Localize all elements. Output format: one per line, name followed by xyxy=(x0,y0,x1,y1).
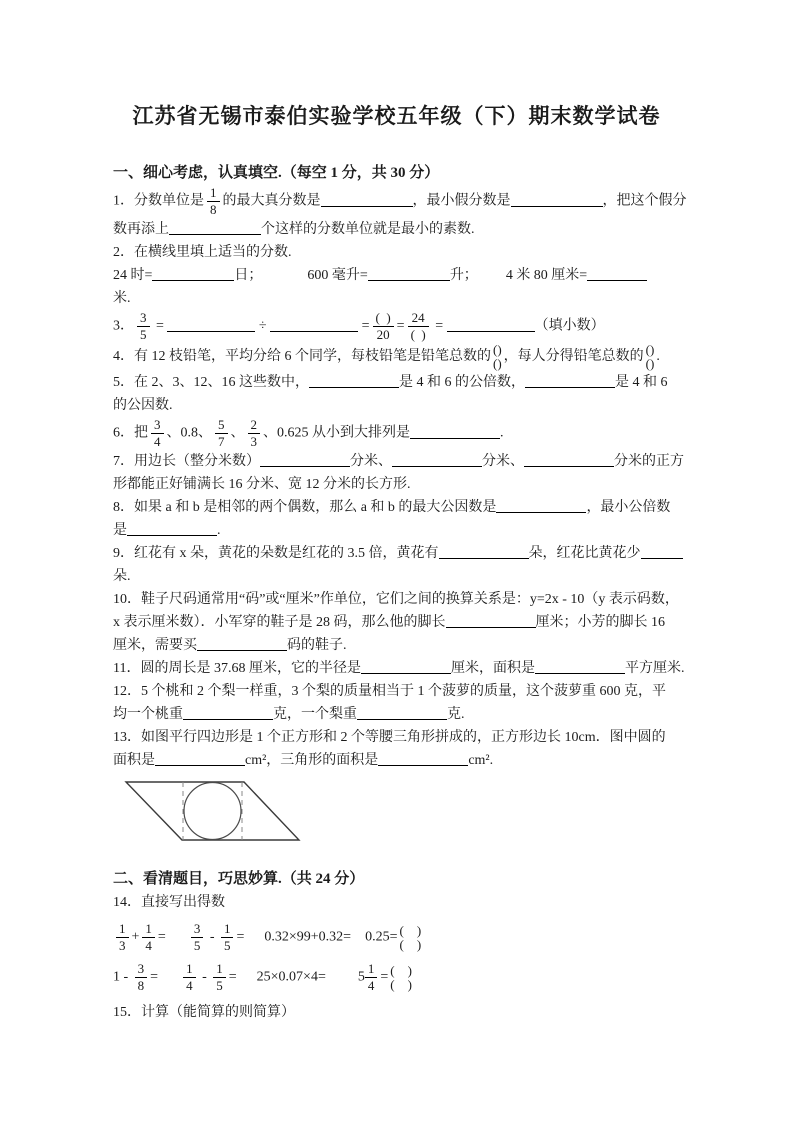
fraction-denominator: 4 xyxy=(365,977,378,994)
q1-line-2: 数再添上个这样的分数单位就是最小的素数. xyxy=(113,218,680,241)
blank-underline xyxy=(183,705,273,720)
fraction: 14 xyxy=(142,921,155,954)
blank-underline xyxy=(392,452,482,467)
parallelogram-outline xyxy=(126,782,299,840)
q14-row-2: 1 - 38=14 - 15=25×0.07×4=514=( )( ) xyxy=(113,961,680,994)
text-run: 12．5 个桃和 2 个梨一样重，3 个梨的质量相当于 1 个菠萝的质量，这个菠… xyxy=(113,684,666,699)
text-run: 二、看清题目，巧思妙算.（共 24 分） xyxy=(113,871,364,887)
fraction-denominator: 4 xyxy=(142,937,155,954)
text-run: ，把这个假分 xyxy=(603,194,687,209)
fraction-numerator: 3 xyxy=(151,417,164,433)
spacer xyxy=(262,278,307,279)
q1-line-1: 1．分数单位是18的最大真分数是，最小假分数是，把这个假分 xyxy=(113,185,680,218)
inscribed-circle xyxy=(184,783,241,840)
q8-line-1: 8．如果 a 和 b 是相邻的两个偶数，那么 a 和 b 的最大公因数是，最小公… xyxy=(113,496,680,519)
text-run: 日； xyxy=(234,268,262,283)
mixed-number: 514 xyxy=(358,961,381,994)
parens-fraction: ()() xyxy=(493,343,502,371)
fraction: 24( ) xyxy=(408,310,429,343)
q6-line: 6．把34、0.8、57、23、0.625 从小到大排列是. xyxy=(113,417,680,450)
spacer xyxy=(244,940,264,941)
q11-line: 11．圆的周长是 37.68 厘米，它的半径是厘米，面积是平方厘米. xyxy=(113,657,680,680)
text-run: = xyxy=(397,319,405,334)
section-2-heading: 二、看清题目，巧思妙算.（共 24 分） xyxy=(113,868,680,891)
fraction-numerator: 1 xyxy=(116,921,129,937)
q14-label: 14．直接写出得数 xyxy=(113,891,680,914)
text-run: 、0.8、 xyxy=(167,426,213,441)
parens-denominator: ( ) xyxy=(390,978,412,992)
fraction-denominator: 4 xyxy=(183,977,196,994)
fraction-denominator: 5 xyxy=(191,937,204,954)
q7-line-2: 形都能正好铺满长 16 分米、宽 12 分米的长方形. xyxy=(113,473,680,496)
parens-numerator: () xyxy=(493,343,502,357)
text-run: = xyxy=(158,930,166,945)
fraction-numerator: 2 xyxy=(248,417,261,433)
text-run: 4．有 12 枝铅笔，平均分给 6 个同学，每枝铅笔是铅笔总数的 xyxy=(113,349,491,364)
text-run: . xyxy=(656,349,660,364)
q13-line-1: 13．如图平行四边形是 1 个正方形和 2 个等腰三角形拼成的，正方形边长 10… xyxy=(113,726,680,749)
fraction-numerator: ( ) xyxy=(373,310,394,326)
text-run: x 表示厘米数）．小军穿的鞋子是 28 码，那么他的脚长 xyxy=(113,615,446,630)
fraction: 18 xyxy=(207,185,220,218)
blank-underline xyxy=(155,751,245,766)
text-run: 码的鞋子. xyxy=(287,638,347,653)
blank-underline xyxy=(357,705,447,720)
text-run: 、 xyxy=(231,426,245,441)
q13-figure-wrap xyxy=(118,776,680,856)
fraction-denominator: 5 xyxy=(221,937,234,954)
fraction: 13 xyxy=(116,921,129,954)
blank-underline xyxy=(169,220,261,235)
text-run: 3． xyxy=(113,319,134,334)
text-run: ，最小公倍数 xyxy=(586,500,670,515)
section-1-heading: 一、细心考虑，认真填空.（每空 1 分，共 30 分） xyxy=(113,162,680,185)
blank-underline xyxy=(309,373,399,388)
fraction: 38 xyxy=(135,961,148,994)
text-run: 、0.625 从小到大排列是 xyxy=(263,426,410,441)
text-run: 数再添上 xyxy=(113,222,169,237)
text-run: 的公因数. xyxy=(113,398,173,413)
text-run: ÷ xyxy=(255,319,270,334)
text-run: + xyxy=(132,930,140,945)
text-run: 平方厘米. xyxy=(625,661,685,676)
blank-underline xyxy=(410,424,500,439)
text-run: = xyxy=(236,930,244,945)
fraction-denominator: ( ) xyxy=(408,326,429,343)
text-run: 13．如图平行四边形是 1 个正方形和 2 个等腰三角形拼成的，正方形边长 10… xyxy=(113,730,666,745)
fraction: 23 xyxy=(248,417,261,450)
q4-line: 4．有 12 枝铅笔，平均分给 6 个同学，每枝铅笔是铅笔总数的()()，每人分… xyxy=(113,343,680,371)
fraction-numerator: 3 xyxy=(135,961,148,977)
text-run: 24 时= xyxy=(113,268,152,283)
blank-underline xyxy=(535,659,625,674)
q2-line-1: 2．在横线里填上适当的分数. xyxy=(113,241,680,264)
text-run: 是 xyxy=(113,523,127,538)
blank-underline xyxy=(641,544,683,559)
text-run: cm²，三角形的面积是 xyxy=(245,753,378,768)
fraction-denominator: 5 xyxy=(137,326,150,343)
text-run: - xyxy=(206,930,218,945)
page-title: 江苏省无锡市泰伯实验学校五年级（下）期末数学试卷 xyxy=(113,101,680,131)
section-1-body: 一、细心考虑，认真填空.（每空 1 分，共 30 分）1．分数单位是18的最大真… xyxy=(113,162,680,772)
blank-underline xyxy=(167,317,255,332)
text-run: . xyxy=(500,426,504,441)
text-run: 是 4 和 6 的公倍数， xyxy=(399,375,525,390)
spacer xyxy=(478,278,506,279)
q2-line-2: 24 时=日；600 毫升=升；4 米 80 厘米= xyxy=(113,264,680,287)
text-run: 厘米，面积是 xyxy=(451,661,535,676)
parens-fraction: ( )( ) xyxy=(399,924,421,952)
text-run: 1 - xyxy=(113,970,132,985)
text-run: 25×0.07×4= xyxy=(257,970,326,985)
text-run: 米. xyxy=(113,291,131,306)
text-run: 是 4 和 6 xyxy=(615,375,668,390)
q8-line-2: 是. xyxy=(113,519,680,542)
fraction: 57 xyxy=(215,417,228,450)
fraction-numerator: 1 xyxy=(183,961,196,977)
text-run: = xyxy=(432,319,447,334)
fraction: 15 xyxy=(213,961,226,994)
text-run: 分米的正方 xyxy=(614,454,684,469)
blank-underline xyxy=(496,498,586,513)
blank-underline xyxy=(446,613,536,628)
text-run: 形都能正好铺满长 16 分米、宽 12 分米的长方形. xyxy=(113,477,411,492)
fraction: 15 xyxy=(221,921,234,954)
whole-number: 5 xyxy=(358,970,365,985)
q12-line-1: 12．5 个桃和 2 个梨一样重，3 个梨的质量相当于 1 个菠萝的质量，这个菠… xyxy=(113,680,680,703)
blank-underline xyxy=(321,192,413,207)
spacer xyxy=(326,980,358,981)
parens-fraction: ()() xyxy=(646,343,655,371)
parens-numerator: ( ) xyxy=(399,924,421,938)
q10-line-2: x 表示厘米数）．小军穿的鞋子是 28 码，那么他的脚长厘米；小芳的脚长 16 xyxy=(113,611,680,634)
parens-fraction: ( )( ) xyxy=(390,964,412,992)
fraction-numerator: 1 xyxy=(221,921,234,937)
text-run: 厘米；小芳的脚长 16 xyxy=(536,615,666,630)
q5-line-1: 5．在 2、3、12、16 这些数中，是 4 和 6 的公倍数，是 4 和 6 xyxy=(113,371,680,394)
fraction: 14 xyxy=(365,961,378,994)
fraction: 14 xyxy=(183,961,196,994)
text-run: = xyxy=(380,970,388,985)
q10-line-1: 10．鞋子尺码通常用“码”或“厘米”作单位，它们之间的换算关系是：y=2x - … xyxy=(113,588,680,611)
text-run: 15．计算（能简算的则简算） xyxy=(113,1005,295,1020)
spacer xyxy=(351,940,365,941)
text-run: = xyxy=(153,319,168,334)
q3-line: 3．35 = ÷ =( )20=24( ) = （填小数） xyxy=(113,310,680,343)
fraction: 35 xyxy=(137,310,150,343)
blank-underline xyxy=(368,266,450,281)
text-run: 14．直接写出得数 xyxy=(113,895,225,910)
text-run: 1．分数单位是 xyxy=(113,194,204,209)
q7-line-1: 7．用边长（整分米数）分米、分米、分米的正方 xyxy=(113,450,680,473)
blank-underline xyxy=(270,317,358,332)
q14-row-1: 13+14=35 - 15=0.32×99+0.32=0.25=( )( ) xyxy=(113,921,680,954)
blank-underline xyxy=(197,636,287,651)
fraction-numerator: 3 xyxy=(191,921,204,937)
q9-line-2: 朵. xyxy=(113,565,680,588)
text-run: 面积是 xyxy=(113,753,155,768)
fraction-denominator: 5 xyxy=(213,977,226,994)
parens-denominator: () xyxy=(493,357,502,371)
text-run: 0.32×99+0.32= xyxy=(264,930,351,945)
text-run: 10．鞋子尺码通常用“码”或“厘米”作单位，它们之间的换算关系是：y=2x - … xyxy=(113,592,679,607)
blank-underline xyxy=(524,452,614,467)
text-run: 11．圆的周长是 37.68 厘米，它的半径是 xyxy=(113,661,361,676)
q10-line-3: 厘米，需要买码的鞋子. xyxy=(113,634,680,657)
text-run: = xyxy=(150,970,158,985)
text-run: 个这样的分数单位就是最小的素数. xyxy=(261,222,475,237)
text-run: 升； xyxy=(450,268,478,283)
fraction-denominator: 8 xyxy=(207,201,220,218)
text-run: 厘米，需要买 xyxy=(113,638,197,653)
q12-line-2: 均一个桃重克，一个梨重克. xyxy=(113,703,680,726)
parens-numerator: ( ) xyxy=(390,964,412,978)
fraction: 35 xyxy=(191,921,204,954)
text-run: 600 毫升= xyxy=(307,268,367,283)
fraction-numerator: 1 xyxy=(207,185,220,201)
fraction-numerator: 3 xyxy=(137,310,150,326)
text-run: 0.25= xyxy=(365,930,397,945)
fraction-denominator: 20 xyxy=(373,326,394,343)
fraction-denominator: 4 xyxy=(151,433,164,450)
text-run: 2．在横线里填上适当的分数. xyxy=(113,245,292,260)
blank-underline xyxy=(378,751,468,766)
text-run: （填小数） xyxy=(535,319,605,334)
text-run: = xyxy=(358,319,369,334)
spacer xyxy=(166,940,188,941)
q2-line-3: 米. xyxy=(113,287,680,310)
spacer xyxy=(158,980,180,981)
fraction-denominator: 7 xyxy=(215,433,228,450)
blank-underline xyxy=(511,192,603,207)
fraction-numerator: 1 xyxy=(365,961,378,977)
fraction-denominator: 3 xyxy=(116,937,129,954)
text-run: ，最小假分数是 xyxy=(413,194,511,209)
fraction-numerator: 24 xyxy=(408,310,429,326)
fraction-numerator: 1 xyxy=(142,921,155,937)
parens-denominator: () xyxy=(646,357,655,371)
blank-underline xyxy=(152,266,234,281)
text-run: 均一个桃重 xyxy=(113,707,183,722)
section-2-body: 二、看清题目，巧思妙算.（共 24 分）14．直接写出得数13+14=35 - … xyxy=(113,868,680,1024)
text-run: 6．把 xyxy=(113,426,148,441)
text-run: . xyxy=(217,523,221,538)
text-run: 9．红花有 x 朵，黄花的朵数是红花的 3.5 倍，黄花有 xyxy=(113,546,439,561)
fraction-denominator: 8 xyxy=(135,977,148,994)
parens-numerator: () xyxy=(646,343,655,357)
text-run: 朵. xyxy=(113,569,131,584)
blank-underline xyxy=(127,521,217,536)
q9-line-1: 9．红花有 x 朵，黄花的朵数是红花的 3.5 倍，黄花有朵，红花比黄花少 xyxy=(113,542,680,565)
text-run: 5．在 2、3、12、16 这些数中， xyxy=(113,375,309,390)
fraction-numerator: 5 xyxy=(215,417,228,433)
blank-underline xyxy=(525,373,615,388)
text-run: 克. xyxy=(447,707,465,722)
fraction-denominator: 3 xyxy=(248,433,261,450)
text-run: 分米、 xyxy=(482,454,524,469)
text-run: 朵，红花比黄花少 xyxy=(529,546,641,561)
spacer xyxy=(237,980,257,981)
q13-line-2: 面积是cm²，三角形的面积是cm². xyxy=(113,749,680,772)
text-run: 的最大真分数是 xyxy=(223,194,321,209)
blank-underline xyxy=(361,659,451,674)
q5-line-2: 的公因数. xyxy=(113,394,680,417)
text-run: 7．用边长（整分米数） xyxy=(113,454,260,469)
text-run: 4 米 80 厘米= xyxy=(506,268,587,283)
text-run: 一、细心考虑，认真填空.（每空 1 分，共 30 分） xyxy=(113,165,439,181)
parens-denominator: ( ) xyxy=(399,938,421,952)
text-run: cm². xyxy=(468,753,493,768)
text-run: 分米、 xyxy=(350,454,392,469)
fraction: 34 xyxy=(151,417,164,450)
text-run: ，每人分得铅笔总数的 xyxy=(504,349,644,364)
text-run: 克，一个梨重 xyxy=(273,707,357,722)
blank-underline xyxy=(439,544,529,559)
q15-line: 15．计算（能简算的则简算） xyxy=(113,1001,680,1024)
text-run: = xyxy=(229,970,237,985)
fraction-numerator: 1 xyxy=(213,961,226,977)
blank-underline xyxy=(447,317,535,332)
text-run: - xyxy=(199,970,211,985)
text-run: 8．如果 a 和 b 是相邻的两个偶数，那么 a 和 b 的最大公因数是 xyxy=(113,500,496,515)
exam-page: 江苏省无锡市泰伯实验学校五年级（下）期末数学试卷 一、细心考虑，认真填空.（每空… xyxy=(0,0,793,1122)
fraction: ( )20 xyxy=(373,310,394,343)
blank-underline xyxy=(587,266,647,281)
blank-underline xyxy=(260,452,350,467)
q13-figure xyxy=(118,776,320,854)
